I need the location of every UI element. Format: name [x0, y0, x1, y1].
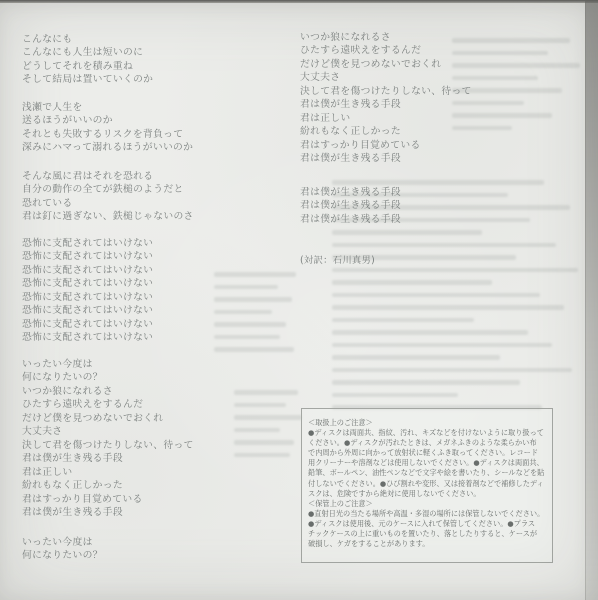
lyric-line: 君は僕が生き残る手段	[300, 152, 472, 165]
lyric-line: 紛れもなく正しかった	[300, 125, 472, 138]
lyric-line: 恐怖に支配されてはいけない	[22, 250, 153, 263]
lyric-line: 恐怖に支配されてはいけない	[22, 237, 153, 250]
lyric-line: 大丈夫さ	[22, 425, 194, 438]
notice-line: ＜取扱上のご注意＞	[308, 418, 546, 428]
lyric-line: 君はすっかり目覚めている	[22, 493, 194, 506]
bleedthrough-line	[332, 268, 578, 273]
bleedthrough-line	[332, 293, 540, 298]
print-bleedthrough-lower-left	[234, 390, 302, 465]
bleedthrough-line	[234, 428, 280, 433]
lyric-line: そんな風に君はそれを恐れる	[22, 170, 194, 183]
lyric-line: 何になりたいの？	[22, 549, 103, 562]
lyric-line: だけど僕を見つめないでおくれ	[300, 58, 472, 71]
lyric-line: 浅瀬で人生を	[22, 101, 193, 114]
bleedthrough-line	[332, 330, 528, 335]
bleedthrough-line	[332, 355, 500, 360]
lyric-stanza-left-6: いったい今度は何になりたいの？	[22, 536, 103, 563]
lyric-stanza-left-5: いったい今度は何になりたいの？いつか狼になれるさひたすら遠吠えをするんだだけど僕…	[22, 358, 194, 519]
bleedthrough-line	[234, 415, 302, 420]
care-notice-box: ＜取扱上のご注意＞●ディスクは両面共、指紋、汚れ、キズなどを付けないように取り扱…	[301, 408, 553, 563]
lyric-line: 大丈夫さ	[300, 71, 472, 84]
lyric-stanza-left-1: こんなにもこんなにも人生は短いのにどうしてそれを積み重ねそして結局は置いていくの…	[22, 33, 153, 87]
notice-line: ●ディスクは使用後、元のケースに入れて保管してください。●プラス	[308, 519, 546, 529]
lyric-line: 決して君を傷つけたりしない、待って	[22, 439, 194, 452]
bleedthrough-line	[332, 393, 458, 398]
lyric-line: こんなにも人生は短いのに	[22, 46, 153, 59]
lyric-stanza-left-2: 浅瀬で人生を送るほうがいいのかそれとも失敗するリスクを背負って深みにハマって溺れ…	[22, 101, 193, 155]
notice-line: スクは、危険ですから絶対に使用しないでください。	[308, 489, 546, 499]
lyric-line: 君は僕が生き残る手段	[22, 452, 194, 465]
bleedthrough-line	[214, 272, 296, 277]
page-edge-top	[0, 0, 598, 3]
print-bleedthrough-mid-left	[214, 272, 296, 360]
lyric-line: 決して君を傷つけたりしない、待って	[300, 85, 472, 98]
booklet-scan-page: こんなにもこんなにも人生は短いのにどうしてそれを積み重ねそして結局は置いていくの…	[0, 0, 598, 600]
lyric-line: 君は正しい	[22, 466, 194, 479]
lyric-line: いつか狼になれるさ	[300, 31, 472, 44]
lyric-line: 深みにハマって溺れるほうがいいのか	[22, 141, 193, 154]
lyric-stanza-left-4-refrain: 恐怖に支配されてはいけない恐怖に支配されてはいけない恐怖に支配されてはいけない恐…	[22, 237, 153, 345]
lyric-stanza-right-1: いつか狼になれるさひたすら遠吠えをするんだだけど僕を見つめないでおくれ大丈夫さ決…	[300, 31, 472, 166]
translator-credit: (対訳：石川真男)	[300, 252, 375, 266]
notice-line: 破損し、ケガをすることがあります。	[308, 539, 546, 549]
notice-line: ＜保管上のご注意＞	[308, 499, 546, 509]
lyric-line: 恐怖に支配されてはいけない	[22, 291, 153, 304]
lyric-line: 君は僕が生き残る手段	[300, 98, 472, 111]
lyric-line: 恐れている	[22, 197, 194, 210]
bleedthrough-line	[332, 180, 544, 185]
lyric-line: 送るほうがいいのか	[22, 114, 193, 127]
bleedthrough-line	[214, 335, 280, 340]
lyric-line: 君は僕が生き残る手段	[300, 213, 401, 226]
bleedthrough-line	[332, 305, 564, 310]
bleedthrough-line	[234, 403, 286, 408]
lyric-line: だけど僕を見つめないでおくれ	[22, 412, 194, 425]
bleedthrough-line	[234, 453, 290, 458]
lyric-line: 紛れもなく正しかった	[22, 479, 194, 492]
lyric-line: 恐怖に支配されてはいけない	[22, 277, 153, 290]
bleedthrough-line	[332, 243, 556, 248]
lyric-line: ひたすら遠吠えをするんだ	[300, 44, 472, 57]
notice-line: 用クリーナーや溶剤などは使用しないでください。●ディスクは両面共、	[308, 458, 546, 468]
lyric-line: いったい今度は	[22, 536, 103, 549]
lyric-stanza-left-3: そんな風に君はそれを恐れる自分の動作の全てが鉄槌のようだと恐れている君は釘に過ぎ…	[22, 170, 194, 224]
bleedthrough-line	[214, 297, 292, 302]
bleedthrough-line	[214, 285, 278, 290]
lyric-line: 自分の動作の全てが鉄槌のようだと	[22, 183, 194, 196]
page-edge-right	[585, 0, 598, 600]
bleedthrough-line	[332, 318, 474, 323]
bleedthrough-line	[214, 310, 272, 315]
lyric-stanza-right-2: 君は僕が生き残る手段君は僕が生き残る手段君は僕が生き残る手段	[300, 186, 401, 226]
lyric-line: 恐怖に支配されてはいけない	[22, 331, 153, 344]
lyric-line: 君は僕が生き残る手段	[300, 186, 401, 199]
bleedthrough-line	[214, 322, 286, 327]
bleedthrough-line	[332, 230, 482, 235]
lyric-line: 何になりたいの？	[22, 371, 194, 384]
lyric-line: 恐怖に支配されてはいけない	[22, 264, 153, 277]
bleedthrough-line	[332, 343, 552, 348]
lyric-line: どうしてそれを積み重ね	[22, 60, 153, 73]
lyric-line: 君はすっかり目覚めている	[300, 139, 472, 152]
lyric-line: 君は僕が生き残る手段	[22, 506, 194, 519]
notice-line: ください。●ディスクが汚れたときは、メガネふきのような柔らかい布	[308, 438, 546, 448]
lyric-line: 君は正しい	[300, 112, 472, 125]
bleedthrough-line	[332, 280, 492, 285]
lyric-line: 恐怖に支配されてはいけない	[22, 304, 153, 317]
notice-line: 付しないでください。●ひび割れや変形、又は接着剤などで補修したディ	[308, 479, 546, 489]
lyric-line: ひたすら遠吠えをするんだ	[22, 398, 194, 411]
lyric-line: そして結局は置いていくのか	[22, 73, 153, 86]
lyric-line: 君は釘に過ぎない、鉄槌じゃないのさ	[22, 210, 194, 223]
lyric-line: こんなにも	[22, 33, 153, 46]
notice-line: 鉛筆、ボールペン、油性ペンなどで文字や絵を書いたり、シールなどを貼	[308, 468, 546, 478]
notice-line: ●ディスクは両面共、指紋、汚れ、キズなどを付けないように取り扱って	[308, 428, 546, 438]
lyric-line: 君は僕が生き残る手段	[300, 199, 401, 212]
bleedthrough-line	[332, 380, 520, 385]
notice-line: チックケースの上に重いものを置いたり、落としたりすると、ケースが	[308, 529, 546, 539]
lyric-line: いったい今度は	[22, 358, 194, 371]
bleedthrough-line	[234, 390, 298, 395]
lyric-line: それとも失敗するリスクを背負って	[22, 128, 193, 141]
notice-line: ●直射日光の当たる場所や高温・多湿の場所には保管しないでください。	[308, 509, 546, 519]
bleedthrough-line	[332, 368, 572, 373]
bleedthrough-line	[234, 440, 294, 445]
notice-line: で内周から外周に向かって放射状に軽くふき取ってください。レコード	[308, 448, 546, 458]
bleedthrough-line	[214, 347, 294, 352]
lyric-line: 恐怖に支配されてはいけない	[22, 318, 153, 331]
lyric-line: いつか狼になれるさ	[22, 385, 194, 398]
